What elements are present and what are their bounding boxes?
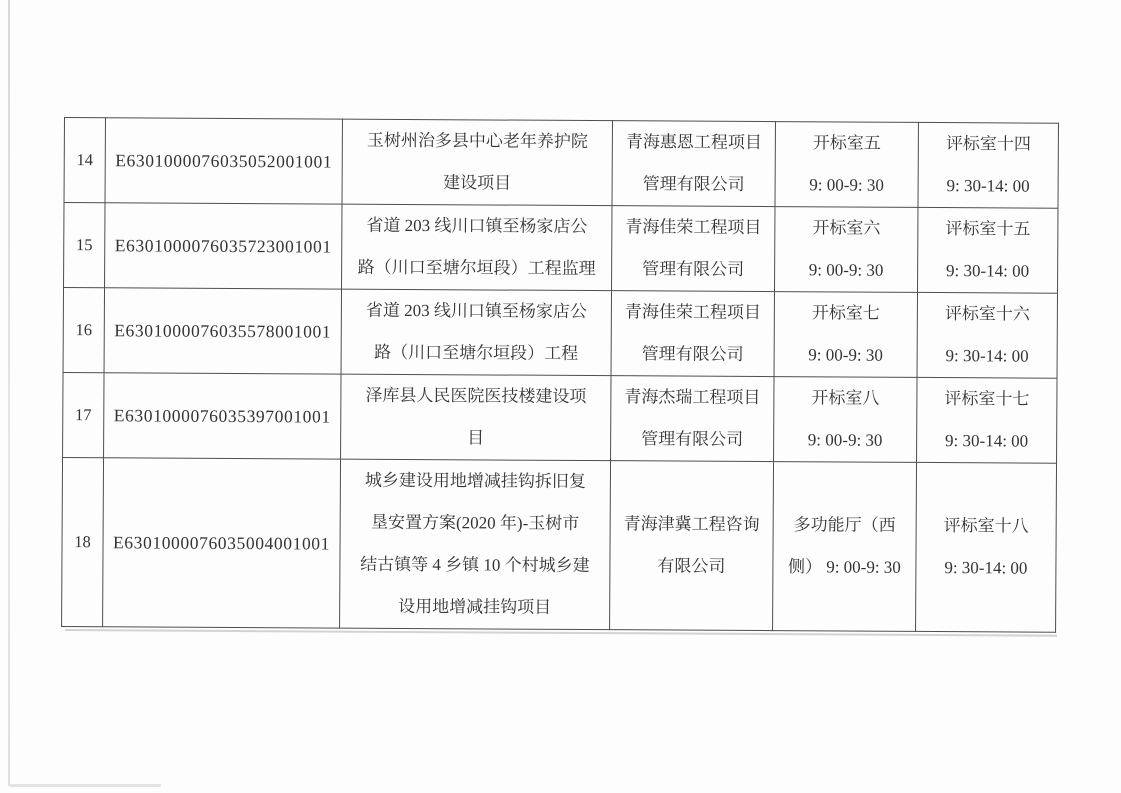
bid-opening-time: 9: 00-9: 30 [775,164,917,207]
bid-evaluation-room: 评标室十八 [917,505,1056,548]
bid-schedule-table: 14 E6301000076035052001001 玉树州治多县中心老年养护院… [61,117,1058,633]
cell-bid-opening: 开标室六 9: 00-9: 30 [775,207,918,293]
cell-row-number: 15 [64,203,105,288]
agency-name-line: 青海佳荣工程项目 [612,291,774,334]
project-name-line: 省道 203 线川口镇至杨家店公 [342,290,611,334]
row-number: 14 [65,139,105,181]
bid-opening-room: 开标室五 [776,122,918,165]
project-name-line: 玉树州治多县中心老年养护院 [343,120,612,164]
cell-agency-name: 青海佳荣工程项目 管理有限公司 [612,206,775,292]
cell-bid-evaluation: 评标室十六 9: 30-14: 00 [917,292,1057,378]
agency-name-line: 青海惠恩工程项目 [613,121,775,164]
bid-evaluation-time: 9: 30-14: 00 [918,335,1057,378]
project-name-line: 目 [341,417,610,461]
project-code: E6301000076035004001001 [103,521,339,564]
agency-name-line: 青海津冀工程咨询 [611,503,773,546]
bid-evaluation-time: 9: 30-14: 00 [916,547,1055,590]
cell-bid-opening: 开标室五 9: 00-9: 30 [775,122,918,208]
cell-project-code: E6301000076035052001001 [105,118,342,204]
cell-agency-name: 青海佳荣工程项目 管理有限公司 [611,291,774,377]
cell-row-number: 17 [63,372,104,457]
cell-agency-name: 青海杰瑞工程项目 管理有限公司 [611,376,774,462]
project-name-line: 建设项目 [343,162,612,206]
project-name-line: 路（川口至塘尔垣段）工程监理 [342,247,611,291]
scan-artifact-left-line [8,0,10,786]
cell-project-name: 玉树州治多县中心老年养护院 建设项目 [342,119,612,206]
project-code: E6301000076035397001001 [104,394,340,437]
row-number: 17 [63,394,103,436]
cell-project-code: E6301000076035578001001 [104,288,341,374]
cell-bid-evaluation: 评标室十八 9: 30-14: 00 [916,462,1057,632]
project-name-line: 垦安置方案(2020 年)-玉树市 [341,502,610,546]
project-name-line: 城乡建设用地增减挂钩拆旧复 [341,460,610,504]
cell-bid-opening: 开标室八 9: 00-9: 30 [774,377,917,463]
cell-bid-evaluation: 评标室十七 9: 30-14: 00 [917,377,1057,463]
cell-project-name: 省道 203 线川口镇至杨家店公 路（川口至塘尔垣段）工程监理 [342,204,612,291]
project-code: E6301000076035052001001 [106,139,342,182]
bid-evaluation-time: 9: 30-14: 00 [917,420,1056,463]
agency-name-line: 管理有限公司 [612,248,774,291]
project-name-line: 设用地增减挂钩项目 [340,586,609,630]
agency-name-line: 青海杰瑞工程项目 [611,376,773,419]
cell-project-name: 泽库县人民医院医技楼建设项 目 [341,374,611,461]
cell-project-name: 城乡建设用地增减挂钩拆旧复 垦安置方案(2020 年)-玉树市 结古镇等 4 乡… [340,459,611,630]
agency-name-line: 有限公司 [610,545,772,588]
bid-opening-room: 开标室八 [774,377,916,420]
agency-name-line: 管理有限公司 [613,163,775,206]
scanned-document-page: 14 E6301000076035052001001 玉树州治多县中心老年养护院… [0,0,1121,793]
agency-name-line: 管理有限公司 [611,418,773,461]
bid-evaluation-room: 评标室十七 [917,378,1056,421]
bid-opening-room: 开标室七 [775,292,917,335]
cell-bid-evaluation: 评标室十五 9: 30-14: 00 [918,207,1058,293]
agency-name-line: 管理有限公司 [612,333,774,376]
bid-opening-time: 9: 00-9: 30 [775,334,917,377]
row-number: 15 [64,224,104,266]
bid-evaluation-time: 9: 30-14: 00 [918,250,1057,293]
row-number: 18 [62,521,102,563]
cell-row-number: 14 [64,118,105,203]
cell-project-name: 省道 203 线川口镇至杨家店公 路（川口至塘尔垣段）工程 [341,289,611,376]
scan-artifact-bottom-smudge [9,784,161,787]
project-name-line: 路（川口至塘尔垣段）工程 [342,332,611,376]
project-name-line: 泽库县人民医院医技楼建设项 [341,375,610,419]
bid-opening-room: 多功能厅（西 [774,504,916,547]
table-row: 14 E6301000076035052001001 玉树州治多县中心老年养护院… [64,118,1058,209]
table-row: 16 E6301000076035578001001 省道 203 线川口镇至杨… [63,288,1057,379]
cell-row-number: 18 [62,457,104,626]
project-name-line: 结古镇等 4 乡镇 10 个村城乡建 [340,544,609,588]
project-code: E6301000076035723001001 [105,224,341,267]
schedule-table: 14 E6301000076035052001001 玉树州治多县中心老年养护院… [61,117,1059,633]
project-name-line: 省道 203 线川口镇至杨家店公 [342,205,611,249]
cell-row-number: 16 [63,288,104,373]
bid-evaluation-room: 评标室十六 [918,293,1057,336]
cell-bid-opening: 开标室七 9: 00-9: 30 [774,292,917,378]
row-number: 16 [64,309,104,351]
bid-evaluation-time: 9: 30-14: 00 [918,165,1057,208]
cell-bid-evaluation: 评标室十四 9: 30-14: 00 [918,122,1058,208]
cell-agency-name: 青海津冀工程咨询 有限公司 [610,461,774,631]
bid-opening-time: 9: 00-9: 30 [774,419,916,462]
cell-project-code: E6301000076035397001001 [104,373,341,459]
cell-project-code: E6301000076035723001001 [105,203,342,289]
bid-opening-time: 9: 00-9: 30 [775,249,917,292]
table-row: 17 E6301000076035397001001 泽库县人民医院医技楼建设项… [63,372,1057,463]
table-row: 15 E6301000076035723001001 省道 203 线川口镇至杨… [64,203,1058,294]
bid-opening-time: 侧） 9: 00-9: 30 [773,546,915,589]
cell-agency-name: 青海惠恩工程项目 管理有限公司 [612,121,775,207]
table-row: 18 E6301000076035004001001 城乡建设用地增减挂钩拆旧复… [62,457,1057,632]
bid-evaluation-room: 评标室十五 [918,208,1057,251]
project-code: E6301000076035578001001 [105,309,341,352]
cell-bid-opening: 多功能厅（西 侧） 9: 00-9: 30 [773,462,917,632]
bid-evaluation-room: 评标室十四 [919,123,1058,166]
agency-name-line: 青海佳荣工程项目 [612,206,774,249]
bid-opening-room: 开标室六 [775,207,917,250]
cell-project-code: E6301000076035004001001 [103,458,341,628]
